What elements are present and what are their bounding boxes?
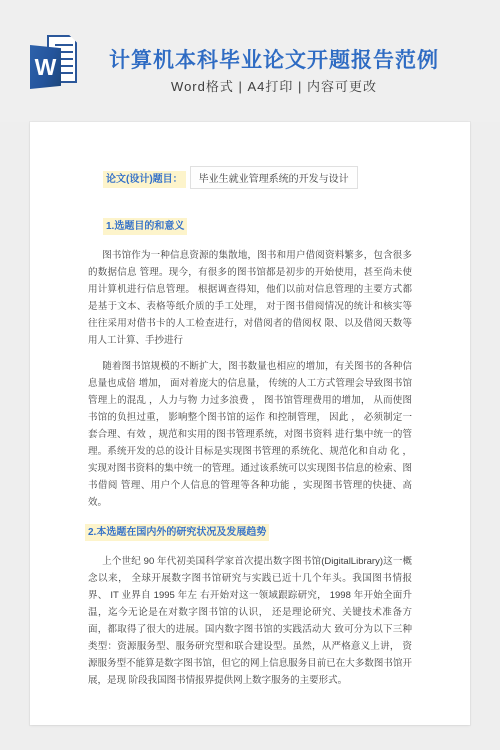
- section-1-paragraph-2: 随着图书馆规模的不断扩大，图书数量也相应的增加，有关图书的各种信息量也成倍 增加…: [88, 358, 412, 511]
- word-icon: W: [30, 33, 78, 89]
- header: W 计算机本科毕业论文开题报告范例 Word格式 | A4打印 | 内容可更改: [0, 0, 500, 122]
- document-page: 论文(设计)题目：毕业生就业管理系统的开发与设计 1.选题目的和意义 图书馆作为…: [30, 122, 470, 725]
- doc-title-label: 论文(设计)题目：: [103, 171, 186, 188]
- page-title: 计算机本科毕业论文开题报告范例: [90, 44, 458, 74]
- page-subtitle: Word格式 | A4打印 | 内容可更改: [90, 76, 458, 95]
- section-1-heading: 1.选题目的和意义: [103, 218, 187, 235]
- doc-title-row: 论文(设计)题目：毕业生就业管理系统的开发与设计: [103, 166, 412, 189]
- section-2-heading-row: 2.本选题在国内外的研究状况及发展趋势: [85, 522, 412, 540]
- word-icon-letter: W: [30, 45, 61, 89]
- doc-title-value: 毕业生就业管理系统的开发与设计: [190, 166, 358, 189]
- section-2-paragraph-1: 上个世纪 90 年代初美国科学家首次提出数字图书馆(DigitalLibrary…: [88, 553, 412, 689]
- section-2-heading: 2.本选题在国内外的研究状况及发展趋势: [85, 524, 269, 541]
- section-1-paragraph-1: 图书馆作为一种信息资源的集散地，图书和用户借阅资料繁多，包含很多的数据信息 管理…: [88, 247, 412, 349]
- section-1-heading-row: 1.选题目的和意义: [103, 216, 412, 234]
